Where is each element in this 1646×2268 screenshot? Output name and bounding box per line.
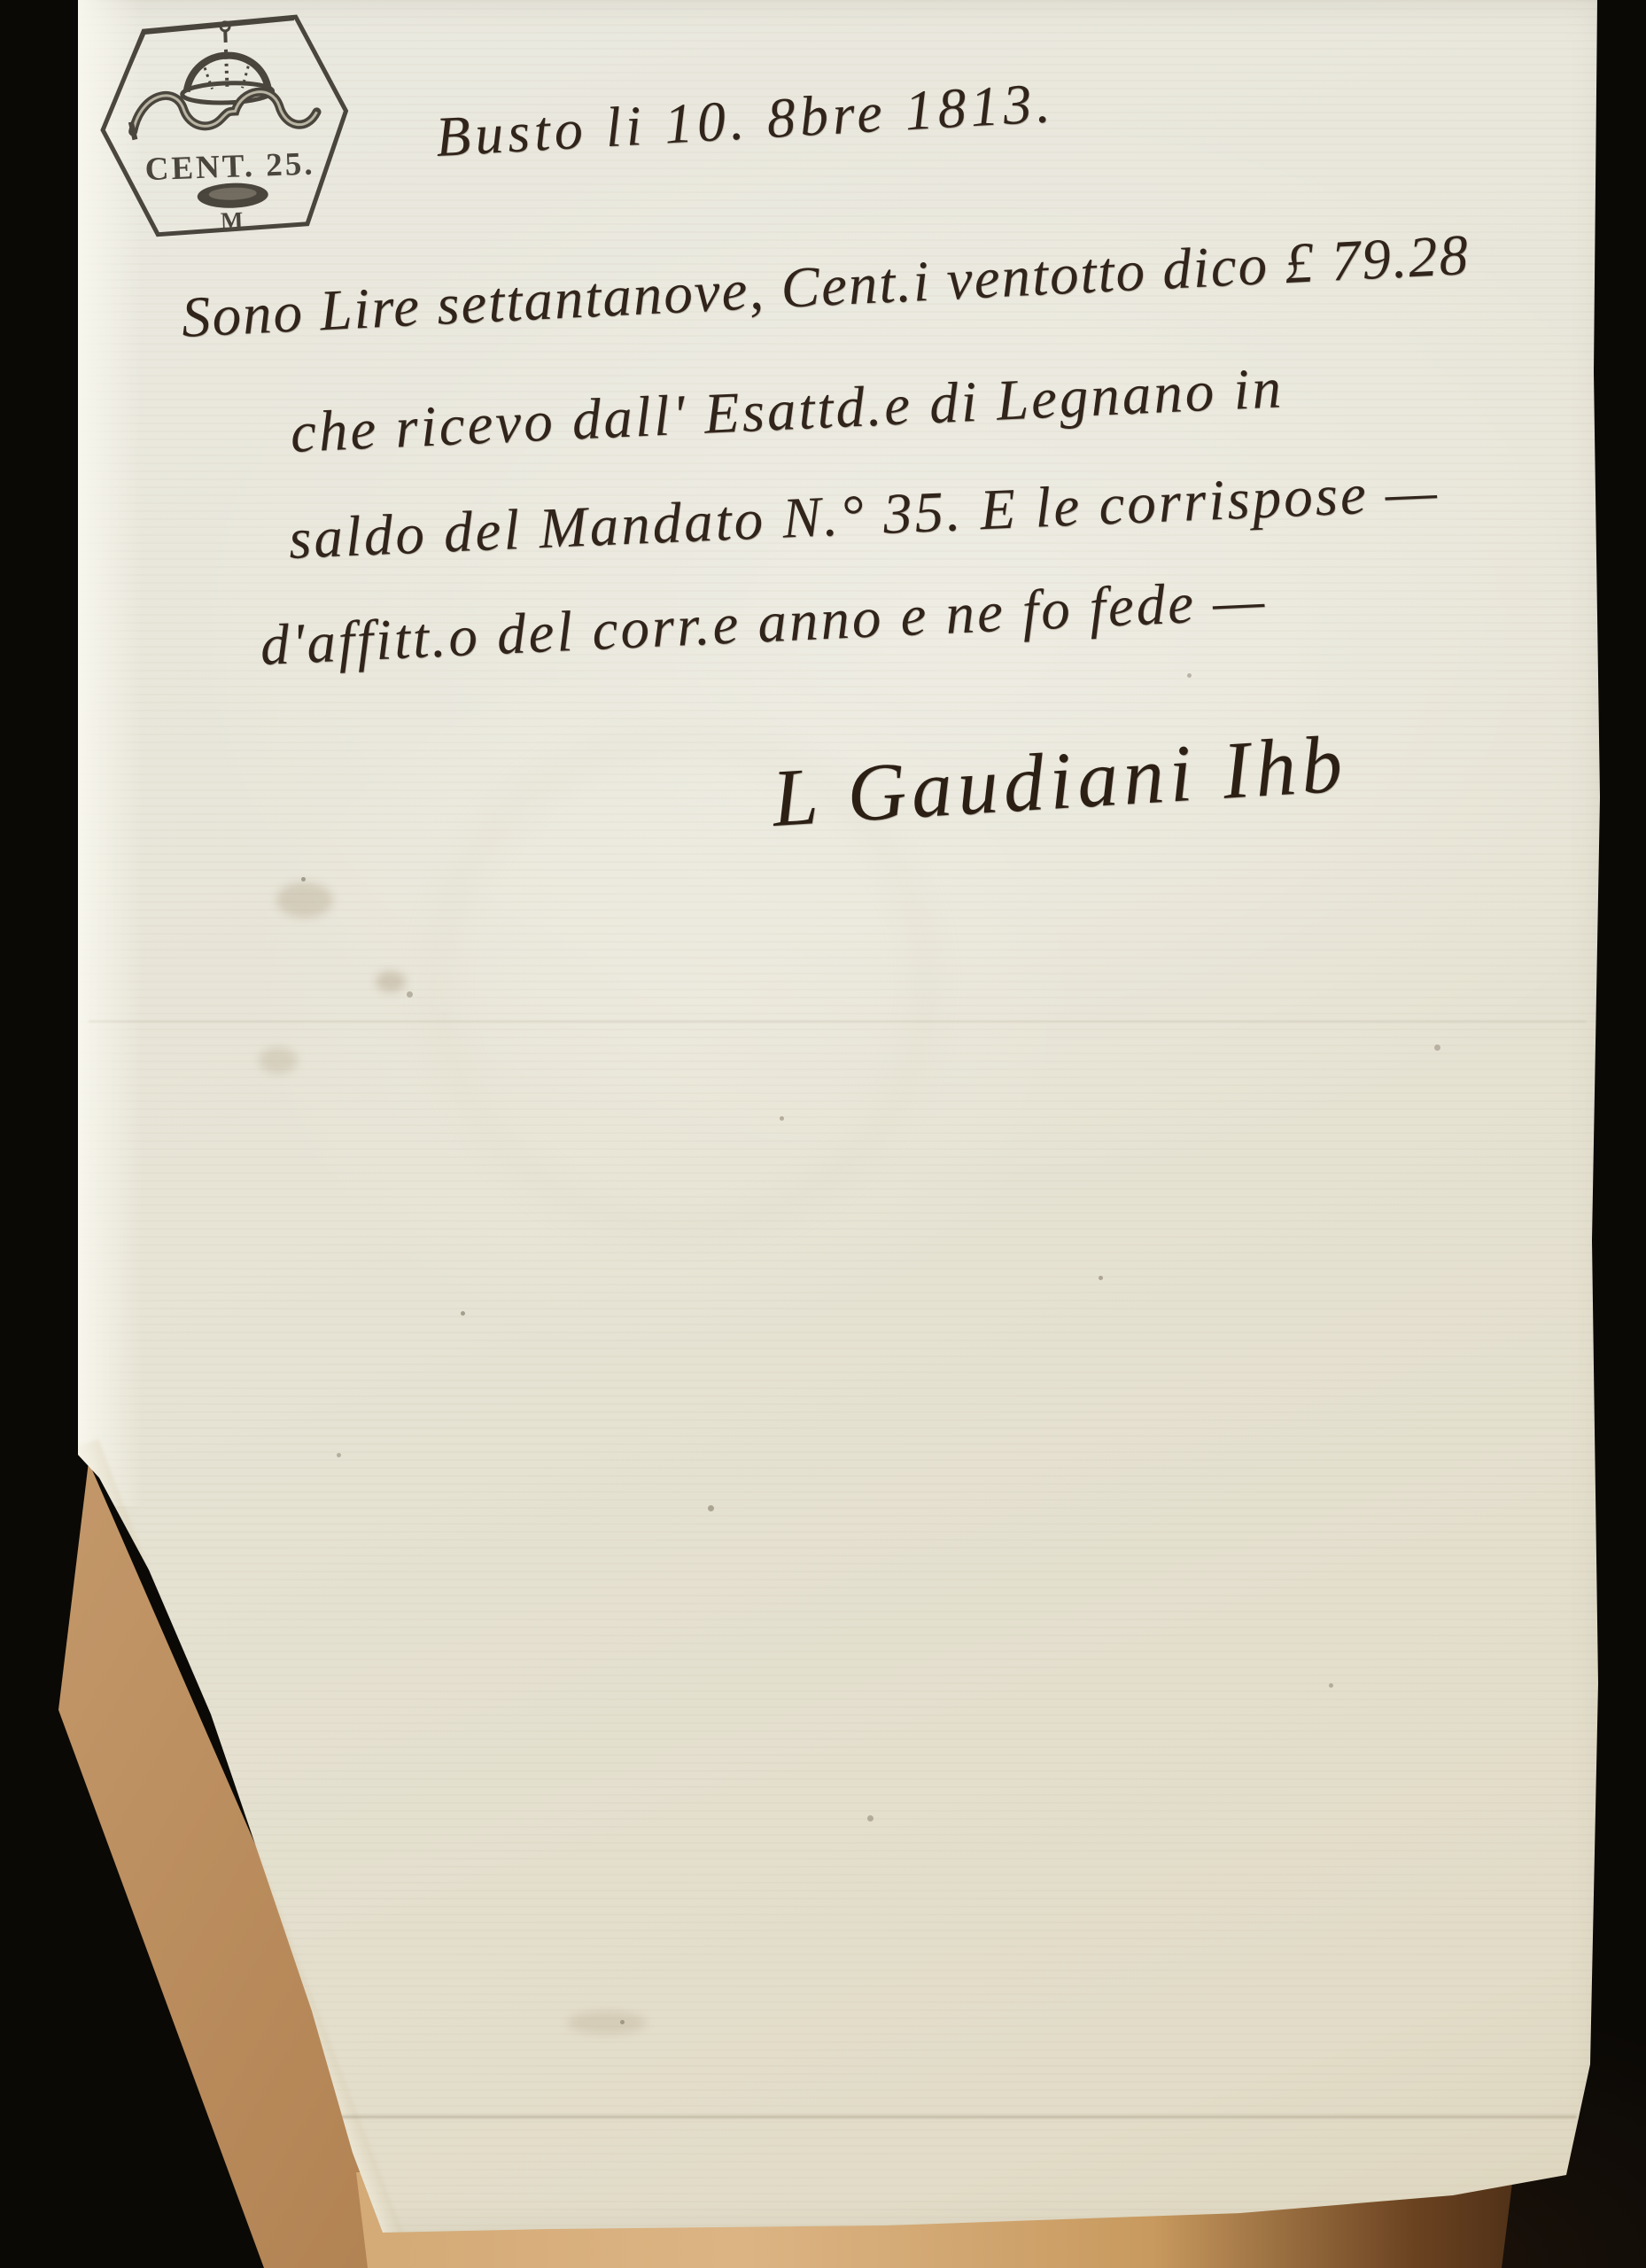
stain	[567, 2011, 647, 2034]
signature: L Gaudiani Ihb	[770, 716, 1350, 844]
body-line-2: che ricevo dall' Esattd.e di Legnano in	[289, 355, 1285, 467]
document-photo: CENT. 25. M Busto li 10. 8bre 1813. Sono…	[0, 0, 1646, 2268]
paper-specks	[461, 1311, 465, 1316]
body-line-4: d'affitt.o del corr.e anno e ne fo fede …	[259, 567, 1268, 680]
body-line-1: Sono Lire settantanove, Cent.i ventotto …	[180, 222, 1471, 352]
stain	[376, 971, 406, 992]
oval-cartouche-icon	[197, 182, 268, 209]
tax-stamp: CENT. 25. M	[91, 4, 356, 248]
stamp-control-letter: M	[220, 206, 244, 234]
body-line-3: saldo del Mandato N.° 35. E le corrispos…	[287, 459, 1440, 573]
date-line: Busto li 10. 8bre 1813.	[434, 70, 1056, 170]
stain	[276, 882, 333, 918]
ribbon-icon	[130, 89, 318, 139]
stain	[259, 1047, 298, 1074]
stamp-value-label: CENT. 25.	[144, 145, 315, 188]
crease-line	[89, 1021, 1586, 1022]
